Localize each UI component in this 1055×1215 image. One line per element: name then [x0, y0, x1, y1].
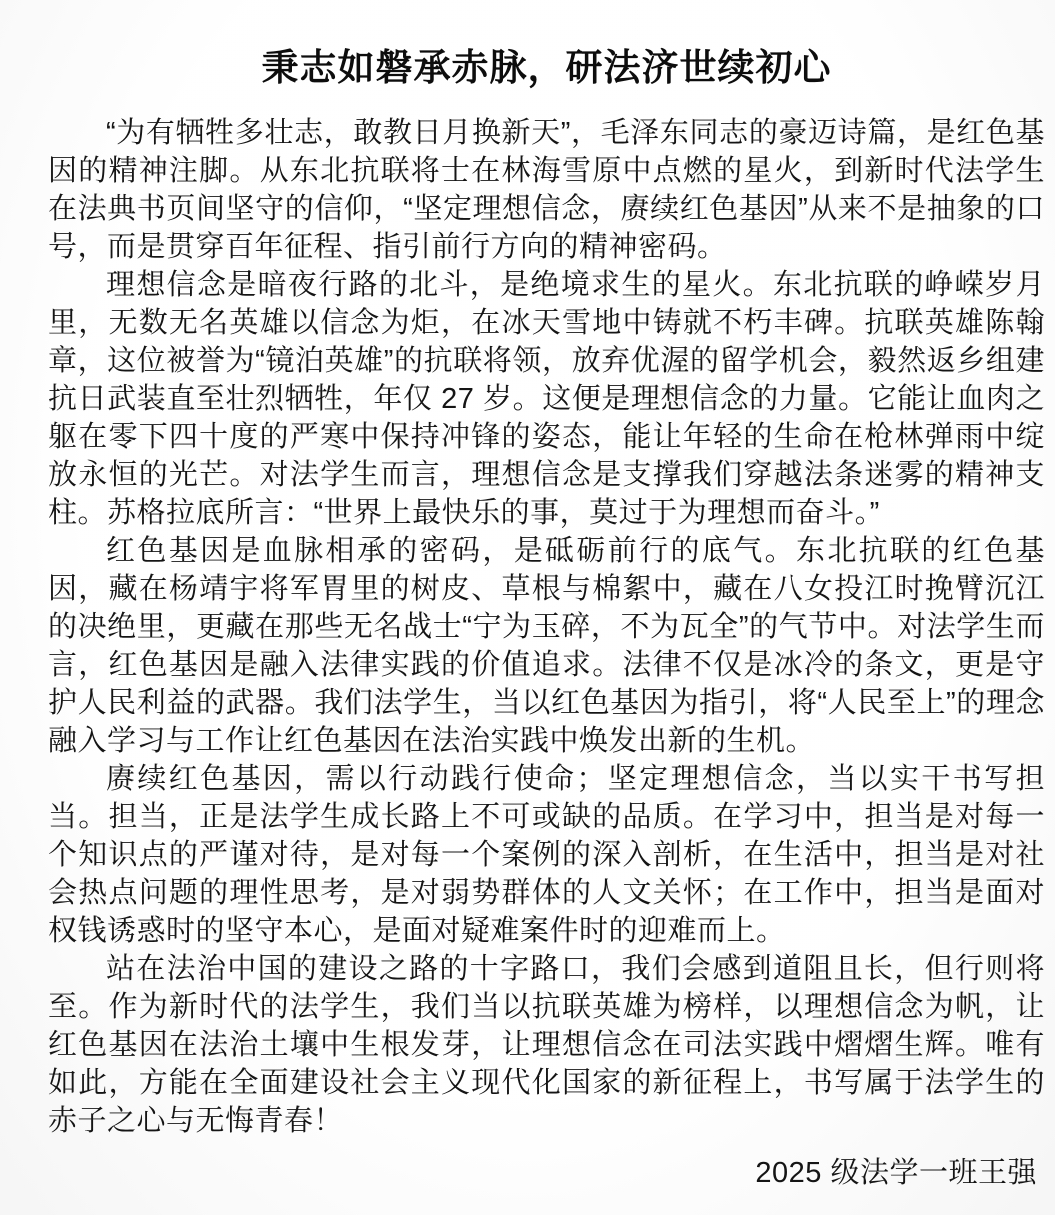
- essay-paragraph-5: 站在法治中国的建设之路的十字路口，我们会感到道阻且长，但行则将至。作为新时代的法…: [48, 950, 1045, 1140]
- essay-paragraph-2: 理想信念是暗夜行路的北斗，是绝境求生的星火。东北抗联的峥嵘岁月里，无数无名英雄以…: [48, 266, 1045, 532]
- essay-signature: 2025 级法学一班王强: [48, 1154, 1045, 1192]
- essay-title: 秉志如磐承赤脉，研法济世续初心: [48, 44, 1045, 92]
- essay-page: 秉志如磐承赤脉，研法济世续初心 “为有牺牲多壮志，敢教日月换新天”，毛泽东同志的…: [0, 0, 1055, 1215]
- essay-paragraph-3: 红色基因是血脉相承的密码，是砥砺前行的底气。东北抗联的红色基因，藏在杨靖宇将军胃…: [48, 532, 1045, 760]
- essay-paragraph-4: 赓续红色基因，需以行动践行使命；坚定理想信念，当以实干书写担当。担当，正是法学生…: [48, 760, 1045, 950]
- essay-paragraph-1: “为有牺牲多壮志，敢教日月换新天”，毛泽东同志的豪迈诗篇，是红色基因的精神注脚。…: [48, 114, 1045, 266]
